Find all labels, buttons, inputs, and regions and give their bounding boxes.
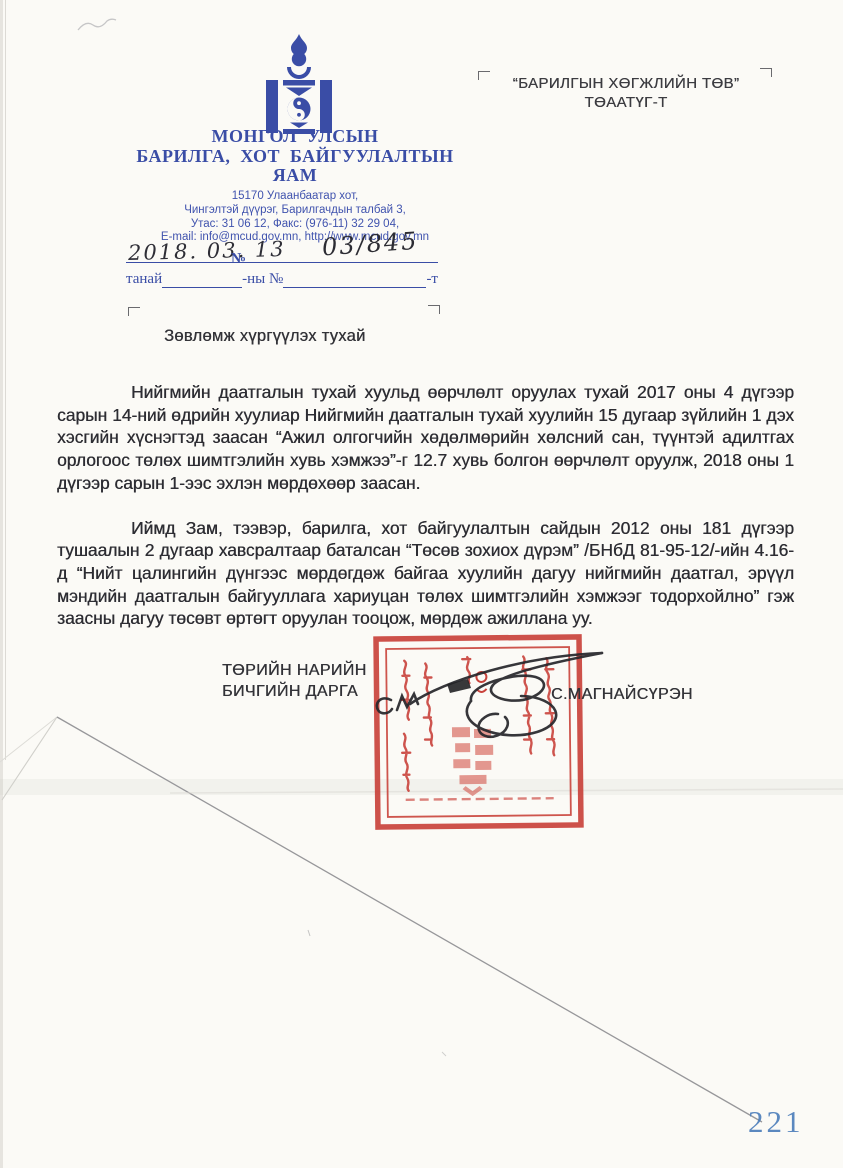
- number-sign: №: [231, 251, 246, 268]
- your-ref-blank-2: [283, 287, 426, 288]
- your-ref-mid: -ны №: [242, 271, 283, 288]
- signer-title-line1: ТӨРИЙН НАРИЙН: [222, 661, 367, 682]
- signer-title-line2: БИЧГИЙН ДАРГА: [222, 682, 367, 703]
- soyombo-emblem-icon: [253, 33, 345, 135]
- pencil-mark: [72, 14, 122, 40]
- recipient-line2: ТӨААТҮГ-Т: [488, 93, 764, 112]
- address-line1: 15170 Улаанбаатар хот,: [110, 190, 480, 204]
- letter-body: Нийгмийн даатгалын тухай хуульд өөрчлөлт…: [57, 381, 794, 652]
- ministry-name: МОНГОЛ УЛСЫН БАРИЛГА, ХОТ БАЙГУУЛАЛТЫН Я…: [110, 127, 480, 186]
- recipient-line1: “БАРИЛГЫН ХӨГЖЛИЙН ТӨВ”: [488, 74, 764, 93]
- handwritten-date: 2018. 03. 13: [128, 237, 286, 265]
- date-underline: [126, 262, 438, 263]
- corner-mark: [128, 307, 140, 316]
- recipient-block: “БАРИЛГЫН ХӨГЖЛИЙН ТӨВ” ТӨААТҮГ-Т: [488, 74, 764, 112]
- address-line3: Утас: 31 06 12, Факс: (976-11) 32 29 04,: [110, 218, 480, 232]
- ministry-name-line1: МОНГОЛ УЛСЫН: [110, 127, 480, 147]
- your-ref-label: танай: [126, 271, 162, 288]
- page-number: 221: [748, 1104, 804, 1140]
- scanned-letter-page: МОНГОЛ УЛСЫН БАРИЛГА, ХОТ БАЙГУУЛАЛТЫН Я…: [0, 0, 843, 1168]
- scan-edge-shadow: [0, 0, 3, 1168]
- ministry-name-line3: ЯАМ: [110, 166, 480, 186]
- scan-edge-line: [5, 0, 6, 760]
- address-line2: Чингэлтэй дүүрэг, Барилгачдын талбай 3,: [110, 204, 480, 218]
- body-paragraph-2: Иймд Зам, тээвэр, барилга, хот байгуулал…: [57, 517, 794, 631]
- signer-title: ТӨРИЙН НАРИЙН БИЧГИЙН ДАРГА: [222, 661, 367, 702]
- your-ref-line: танай -ны № -т: [126, 271, 438, 288]
- your-ref-end: -т: [426, 271, 438, 288]
- corner-mark: [428, 305, 440, 314]
- signer-name: С.МАГНАЙСҮРЭН: [551, 686, 693, 704]
- body-paragraph-1: Нийгмийн даатгалын тухай хуульд өөрчлөлт…: [57, 381, 794, 495]
- your-ref-blank-1: [162, 287, 242, 288]
- ministry-name-line2: БАРИЛГА, ХОТ БАЙГУУЛАЛТЫН: [110, 147, 480, 167]
- ministry-address: 15170 Улаанбаатар хот, Чингэлтэй дүүрэг,…: [110, 190, 480, 245]
- handwritten-doc-number: 03/845: [321, 227, 419, 262]
- subject-line: Зөвлөмж хүргүүлэх тухай: [164, 327, 366, 346]
